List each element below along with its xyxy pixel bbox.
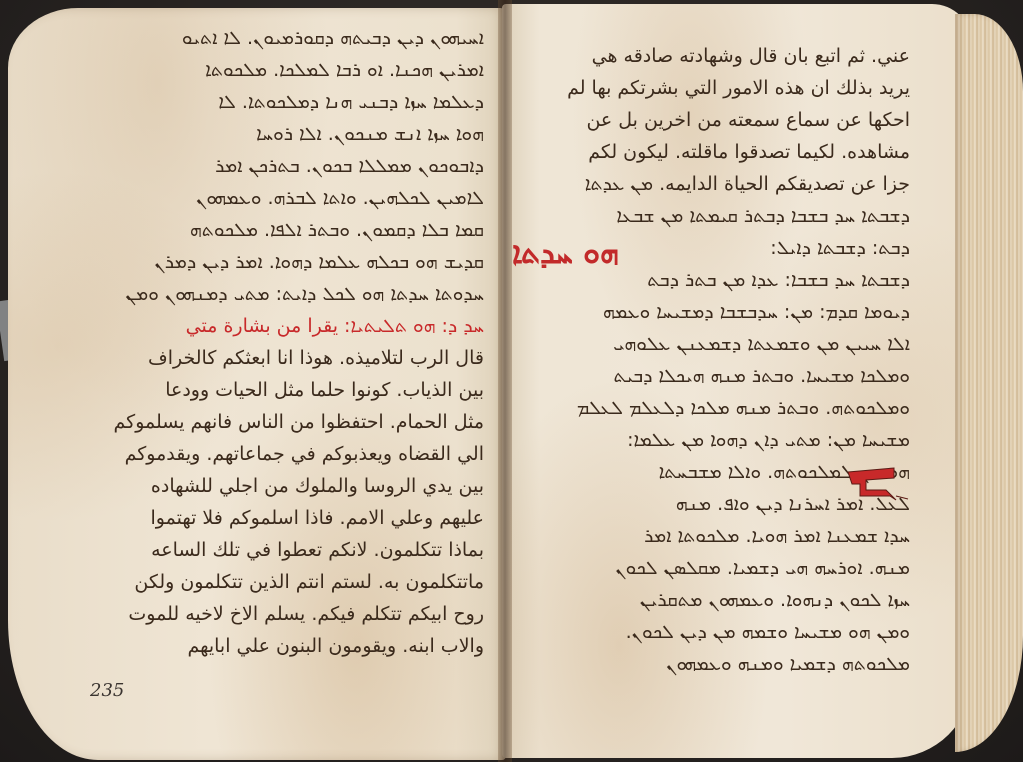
left-page-text: ܐܚܝܗܘܢ ܕܝܢ ܕܒܝܬܗ ܕܩܘܪܡܝܘܢ. ܠܐ ܐܬܝܘ ܐܡܪܝܢ… — [92, 22, 484, 662]
text-line: ܚܙܐ ܠܟܘܢ ܕܢܗܘܐ. ܘܥܡܗܘܢ ܡܬܩܪܝܢ — [510, 584, 910, 616]
text-line: يريد بذلك ان هذه الامور التي بشرتكم بها … — [510, 72, 910, 104]
text-line: ܡܠܟܘܬܗ ܕܫܡܝܐ ܘܡܢܗ ܘܥܡܗܘܢ — [510, 648, 910, 680]
text-line: جزا عن تصديقكم الحياة الدايمه. ܡܢ ܥܕܬܐ — [510, 168, 910, 200]
text-line: ܘܡܠܟܘܬܗ. ܘܒܬܪ ܡܢܗ ܡܠܟܐ ܕܠܥܠܡ ܠܥܠܡ — [510, 392, 910, 424]
text-line: قال الرب لتلاميذه. هوذا انا ابعثكم كالخر… — [92, 342, 484, 374]
text-line: ܚܕܘܬܐ ܚܕܬܐ ܗܘ ܠܟܠ ܕܐܝܬ: ܡܬܝ ܕܡܢܗܘܢ ܘܡܢ — [92, 278, 484, 310]
text-line: عليهم وعلي الامم. فاذا اسلموكم فلا تهتمو… — [92, 502, 484, 534]
rubric-heading: ܗܘ ܚܕܬܐ — [512, 236, 619, 271]
red-marginal-marker-icon — [846, 466, 910, 502]
manuscript-scene: ܐܚܝܗܘܢ ܕܝܢ ܕܒܝܬܗ ܕܩܘܪܡܝܘܢ. ܠܐ ܐܬܝܘ ܐܡܪܝܢ… — [0, 0, 1023, 762]
text-line: بماذا تتكلمون. لانكم تعطوا في تلك الساعه — [92, 534, 484, 566]
text-line: مثل الحمام. احتفظوا من الناس فانهم يسلمو… — [92, 406, 484, 438]
text-line: ܩܕܝܫ ܗܘ ܒܟܠܗ ܥܠܡܐ ܕܗܘܐ. ܐܡܪ ܕܝܢ ܕܡܪܢ — [92, 246, 484, 278]
text-line: عني. ثم اتبع بان قال وشهادته صادقه هي — [510, 40, 910, 72]
text-line: ܕܫܒܬܐ ܚܕ ܒܫܒܐ ܕܒܬܪ ܩܝܡܬܐ ܡܢ ܫܒܥܐ — [510, 200, 910, 232]
text-line: والاب ابنه. ويقومون البنون علي ابايهم — [92, 630, 484, 662]
text-line: مشاهده. لكيما تصدقوا ماقلته. ليكون لكم — [510, 136, 910, 168]
text-line: احكها عن سماع سمعته من اخرين بل عن — [510, 104, 910, 136]
text-line: ܘܡܢ ܗܘ ܡܫܝܚܐ ܘܫܡܗ ܡܢ ܕܝܢ ܠܟܘܢ. — [510, 616, 910, 648]
text-line: ماتتكلمون به. لستم انتم الذين تتكلمون ول… — [92, 566, 484, 598]
text-line: ܩܡܐ ܒܠܐ ܕܩܡܘܢ. ܘܒܬܪ ܐܠܦܐ. ܡܠܟܘܬܗ — [92, 214, 484, 246]
text-line: ܗܘܐ ܚܙܐ ܐܢܫ ܡܢܟܘܢ. ܐܠܐ ܪܘܚܐ — [92, 118, 484, 150]
text-line: روح ابيكم تتكلم فيكم. يسلم الاخ لاخيه لل… — [92, 598, 484, 630]
rubric-line: ܚܕ ܕ: ܗܘ ܬܠܝܬܝܐ: يقرا من بشارة متي — [92, 310, 484, 342]
page-edges-fore-edge — [955, 14, 1023, 752]
text-line: ܐܡܪܝܢ ܗܟܢܐ. ܐܘ ܪܒܐ ܠܡܠܟܐ. ܡܠܟܘܬܐ — [92, 54, 484, 86]
text-line: ܕܒܬ: ܕܫܒܬܐ ܕܐܝܠ: — [650, 232, 910, 264]
text-line: ܕܐܒܘܟܘܢ ܡܡܠܠܐ ܒܟܘܢ. ܒܬܪܟܢ ܐܡܪ — [92, 150, 484, 182]
text-line: بين الذياب. كونوا حلما مثل الحيات وودعا — [92, 374, 484, 406]
text-line: ܡܫܝܚܐ ܡܢ: ܡܬܝ ܕܐܢ ܕܗܘܐ ܡܢ ܥܠܡܐ: — [510, 424, 910, 456]
text-line: ܐܚܝܗܘܢ ܕܝܢ ܕܒܝܬܗ ܕܩܘܪܡܝܘܢ. ܠܐ ܐܬܝܘ — [92, 22, 484, 54]
text-line: ܐܠܐ ܚܝܝܢ ܡܢ ܘܫܡܥܬܐ ܕܫܡܥܢܢ ܥܠܘܗܝ — [510, 328, 910, 360]
text-line: الي القضاه ويعذبوكم في جماعاتهم. ويقدموك… — [92, 438, 484, 470]
text-line: ܕܝܘܡܐ ܩܕܡ: ܡܢ: ܚܕܒܫܒܐ ܕܡܫܝܚܐ ܘܥܡܗ — [510, 296, 910, 328]
text-line: بين يدي الروسا والملوك من اجلي للشهاده — [92, 470, 484, 502]
text-line: ܠܐܡܝܢ ܠܟܠܗܝܢ. ܘܐܬܐ ܠܒܪܗ. ܘܥܡܗܘܢ — [92, 182, 484, 214]
right-page-text: عني. ثم اتبع بان قال وشهادته صادقه هي ير… — [510, 40, 910, 680]
folio-number: 235 — [90, 680, 124, 701]
text-line: ܚܕܐ ܫܡܥܢܐ ܐܡܪ ܗܘܝܐ. ܡܠܟܘܬܐ ܐܡܪ — [510, 520, 910, 552]
text-line: ܕܥܠܡܐ ܚܙܐ ܕܒܢܝ ܗܢܐ ܕܡܠܟܘܬܐ. ܠܐ — [92, 86, 484, 118]
text-line: ܡܢܗ. ܐܘܪܚܗ ܗܝ ܕܫܡܝܐ. ܡܩܠܣܢ ܠܟܘܢ — [510, 552, 910, 584]
text-line: ܘܡܠܟܐ ܡܫܝܚܐ. ܘܒܬܪ ܡܢܗ ܗܝܟܠܐ ܕܒܝܬ — [510, 360, 910, 392]
